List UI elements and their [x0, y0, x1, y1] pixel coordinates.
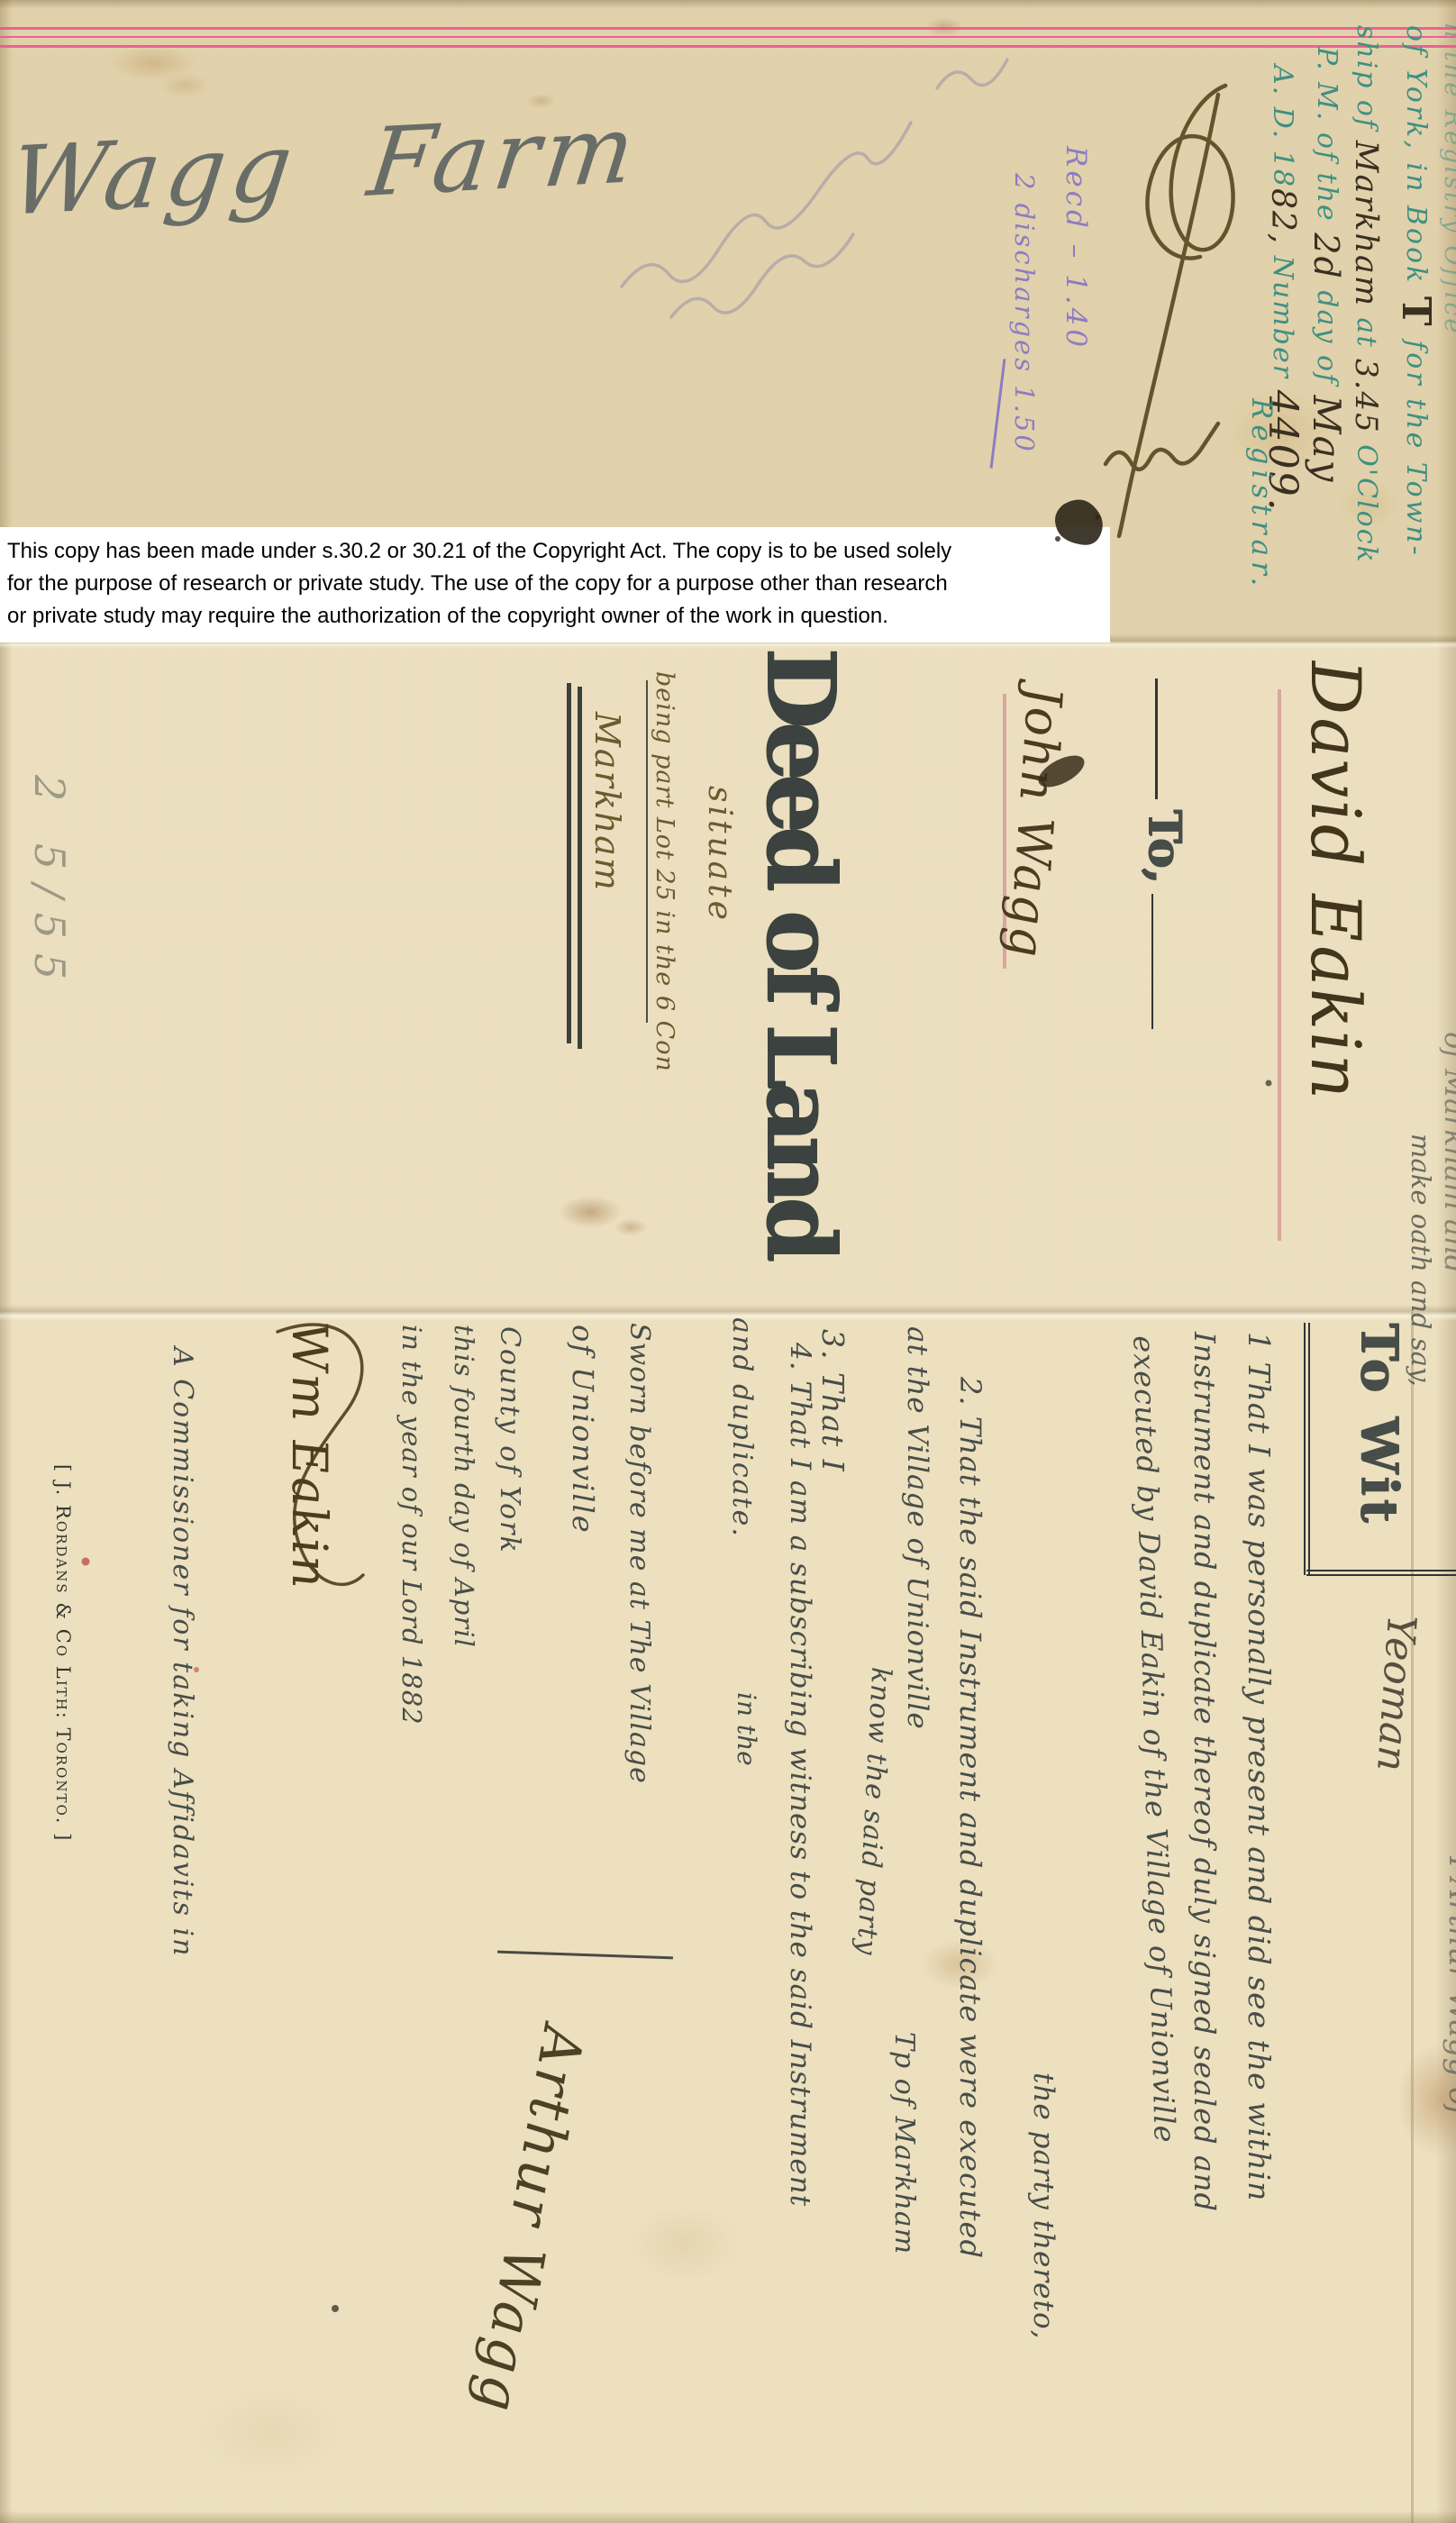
to-label-text: To, [1139, 809, 1192, 883]
commissioner-signature-text: Wm Eakin [281, 1319, 338, 1591]
grantee-name-text: John Wagg [997, 687, 1073, 958]
stamp-township-print1: ship of [1351, 25, 1382, 141]
stamp-day-print2: day of [1311, 280, 1342, 396]
clause3-line2-text: know the said party [851, 1666, 897, 1956]
commissioner-line: A Commissioner for taking Affidavits in [167, 1347, 198, 1957]
clause4-line1: 4. That I am a subscribing witness to th… [784, 1343, 816, 2207]
stamp-day-hand-2d: 2d [1306, 232, 1346, 280]
commissioner-line-text: A Commissioner for taking Affidavits in [167, 1347, 198, 1957]
clause1-line4-text: the party thereto, [1027, 2072, 1060, 2340]
jurat-line3: County of York [494, 1326, 525, 1554]
closing-double-rule-b [578, 687, 582, 1049]
stamp-partial-text: n the Registry Office [1439, 23, 1456, 335]
to-wit-text: To Wit [1350, 1323, 1409, 1526]
edge-fragment-2-text: make oath and say, [1406, 1134, 1436, 1387]
clause1-line1: 1 That I was personally present and did … [1242, 1332, 1277, 2201]
edge-fragment-4: I Arthur Wagg of [1442, 1856, 1456, 2117]
edge-fragment-1-text: of Markham and [1438, 1032, 1456, 1273]
stamp-registrar-text: Registrar. [1245, 398, 1278, 591]
pencil-title-text: Wagg Farm [5, 93, 646, 236]
edge-fragment-2: make oath and say, [1406, 1134, 1436, 1387]
jurat-line4-text: this fourth day of April [449, 1325, 479, 1648]
jurat-separator-stroke [497, 1951, 673, 1960]
edge-fragment-3: Yeoman [1368, 1613, 1424, 1772]
deed-title-text: Deed of Land [746, 647, 857, 1255]
clause1-line2: Instrument and duplicate thereof duly si… [1188, 1332, 1222, 2212]
lot-description: being part Lot 25 in the 6 Con [651, 671, 678, 1072]
clause1-line3: executed by David Eakin of the Village o… [1126, 1335, 1181, 2144]
jurat-line5-text: in the year of our Lord 1882 [396, 1325, 427, 1726]
stamp-partial-line: n the Registry Office [1439, 23, 1456, 335]
grantor-name-text: David Eakin [1296, 658, 1376, 1102]
clause2-line3: Tp of Markham [888, 2032, 920, 2254]
witness-signature: Arthur Wagg [463, 2023, 597, 2417]
stamp-year-print2: Number [1267, 245, 1298, 389]
fee-underline [990, 359, 1006, 468]
margin-rule-right [1278, 689, 1281, 1241]
grantor-name: David Eakin [1296, 658, 1376, 1102]
stamp-line-day: P. M. of the 2d day of May [1305, 47, 1349, 483]
clause2-line1-text: 2. That the said Instrument and duplicat… [953, 1377, 987, 2259]
stamp-book-hand-T: T [1393, 296, 1439, 329]
clause1-line1-text: 1 That I was personally present and did … [1242, 1332, 1277, 2201]
ink-art-overlay [0, 0, 1456, 2523]
right-edge-fold [1411, 1312, 1414, 2523]
jurat-line1-text: Sworn before me at The Village [623, 1323, 655, 1784]
closing-double-rule-a [567, 683, 571, 1043]
stamp-day-print1: P. M. of the [1311, 47, 1342, 232]
deed-title: Deed of Land [746, 647, 857, 1255]
clause4-line2: and duplicate. [726, 1317, 758, 1538]
to-wit-rule-horizontal [1306, 1570, 1456, 1576]
clause2-line3-text: Tp of Markham [888, 2032, 920, 2254]
stamp-line-township: ship of Markham at 3.45 O'Clock [1348, 25, 1384, 564]
grantee-name: John Wagg [997, 687, 1073, 958]
jurat-line2-text: of Unionville [566, 1325, 600, 1535]
printer-imprint: [ J. Rordans & Co Lith: Toronto. ] [52, 1464, 74, 1842]
jurat-line5: in the year of our Lord 1882 [396, 1325, 427, 1726]
stamp-book-print1: of York, in Book [1400, 25, 1432, 296]
clause2-line1: 2. That the said Instrument and duplicat… [953, 1377, 987, 2259]
jurat-line4: this fourth day of April [449, 1325, 479, 1648]
scanned-deed-page: Wagg Farm 2 5/55 n the Registry Office o… [0, 0, 1456, 2523]
to-label: To, [1139, 809, 1192, 883]
jurat-line2: of Unionville [566, 1325, 600, 1535]
stamp-township-print3: O'Clock [1351, 434, 1382, 564]
top-ruled-line-3 [0, 45, 1456, 48]
top-ruled-line-1 [0, 27, 1456, 30]
copyright-line-3: or private study may require the authori… [7, 600, 1110, 633]
clause3-line2: know the said party [851, 1666, 897, 1956]
clause4-line2-text: and duplicate. [726, 1317, 758, 1538]
edge-fragment-1: of Markham and [1438, 1032, 1456, 1273]
situate-text: situate [701, 786, 738, 924]
clause2-line2: at the Village of Unionville [901, 1326, 933, 1730]
rule-above-to [1155, 679, 1158, 799]
printer-imprint-text: [ J. Rordans & Co Lith: Toronto. ] [52, 1464, 74, 1842]
rule-below-to [1151, 894, 1153, 1029]
stamp-year-print1: A. D. 18 [1267, 65, 1298, 188]
fee-note-2-text: 2 discharges 1.50 [1009, 173, 1040, 454]
township-name-text: Markham [587, 712, 627, 892]
stamp-book-print2: for the Town- [1400, 329, 1432, 558]
to-wit-rule-vertical [1304, 1323, 1310, 1575]
clause1-line4: the party thereto, [1027, 2072, 1060, 2340]
jurat-line2b: in the [732, 1692, 761, 1766]
stamp-township-hand-time: 3.45 [1348, 359, 1384, 434]
witness-signature-text: Arthur Wagg [463, 2023, 597, 2417]
clause3-line1-text: 3. That I [815, 1329, 851, 1473]
township-name: Markham [587, 712, 627, 892]
stamp-line-book: of York, in Book T for the Town- [1393, 25, 1439, 558]
fee-note-2: 2 discharges 1.50 [1009, 173, 1040, 454]
clause4-line1-text: 4. That I am a subscribing witness to th… [784, 1343, 816, 2207]
commissioner-signature: Wm Eakin [281, 1319, 338, 1591]
clause3-line1: 3. That I [815, 1329, 851, 1473]
top-ruled-line-2 [0, 36, 1456, 38]
stamp-year-hand-82: 82, [1264, 188, 1301, 245]
to-wit-heading: To Wit [1350, 1323, 1409, 1526]
archive-number: 2 5/55 [25, 775, 74, 994]
jurat-line1: Sworn before me at The Village [623, 1323, 655, 1784]
copyright-notice: This copy has been made under s.30.2 or … [0, 527, 1110, 642]
pencil-title: Wagg Farm [5, 93, 646, 236]
jurat-line3-text: County of York [494, 1326, 525, 1554]
stamp-township-print2: at [1351, 307, 1382, 359]
situate-label: situate [701, 786, 738, 924]
registrar-signature [1106, 86, 1233, 536]
fee-note-1-text: Recd – 1.40 [1060, 146, 1092, 351]
edge-fragment-3-text: Yeoman [1368, 1613, 1424, 1772]
fee-note-1: Recd – 1.40 [1060, 146, 1092, 351]
copyright-line-2: for the purpose of research or private s… [7, 568, 1110, 600]
faint-pencil-note [622, 59, 1007, 317]
clause1-line2-text: Instrument and duplicate thereof duly si… [1188, 1332, 1222, 2212]
stamp-day-hand-may: May [1305, 396, 1349, 484]
edge-fragment-4-text: I Arthur Wagg of [1442, 1856, 1456, 2117]
jurat-line2b-text: in the [732, 1692, 761, 1766]
stamp-township-hand-markham: Markham [1348, 141, 1384, 307]
archive-number-text: 2 5/55 [25, 775, 74, 994]
clause2-line2-text: at the Village of Unionville [901, 1326, 933, 1730]
stamp-line-registrar: Registrar. [1245, 398, 1278, 591]
lot-description-text: being part Lot 25 in the 6 Con [651, 671, 678, 1072]
clause1-line3-text: executed by David Eakin of the Village o… [1126, 1335, 1181, 2144]
rule-mid-endorsement [646, 680, 648, 1023]
copyright-line-1: This copy has been made under s.30.2 or … [7, 535, 1110, 568]
